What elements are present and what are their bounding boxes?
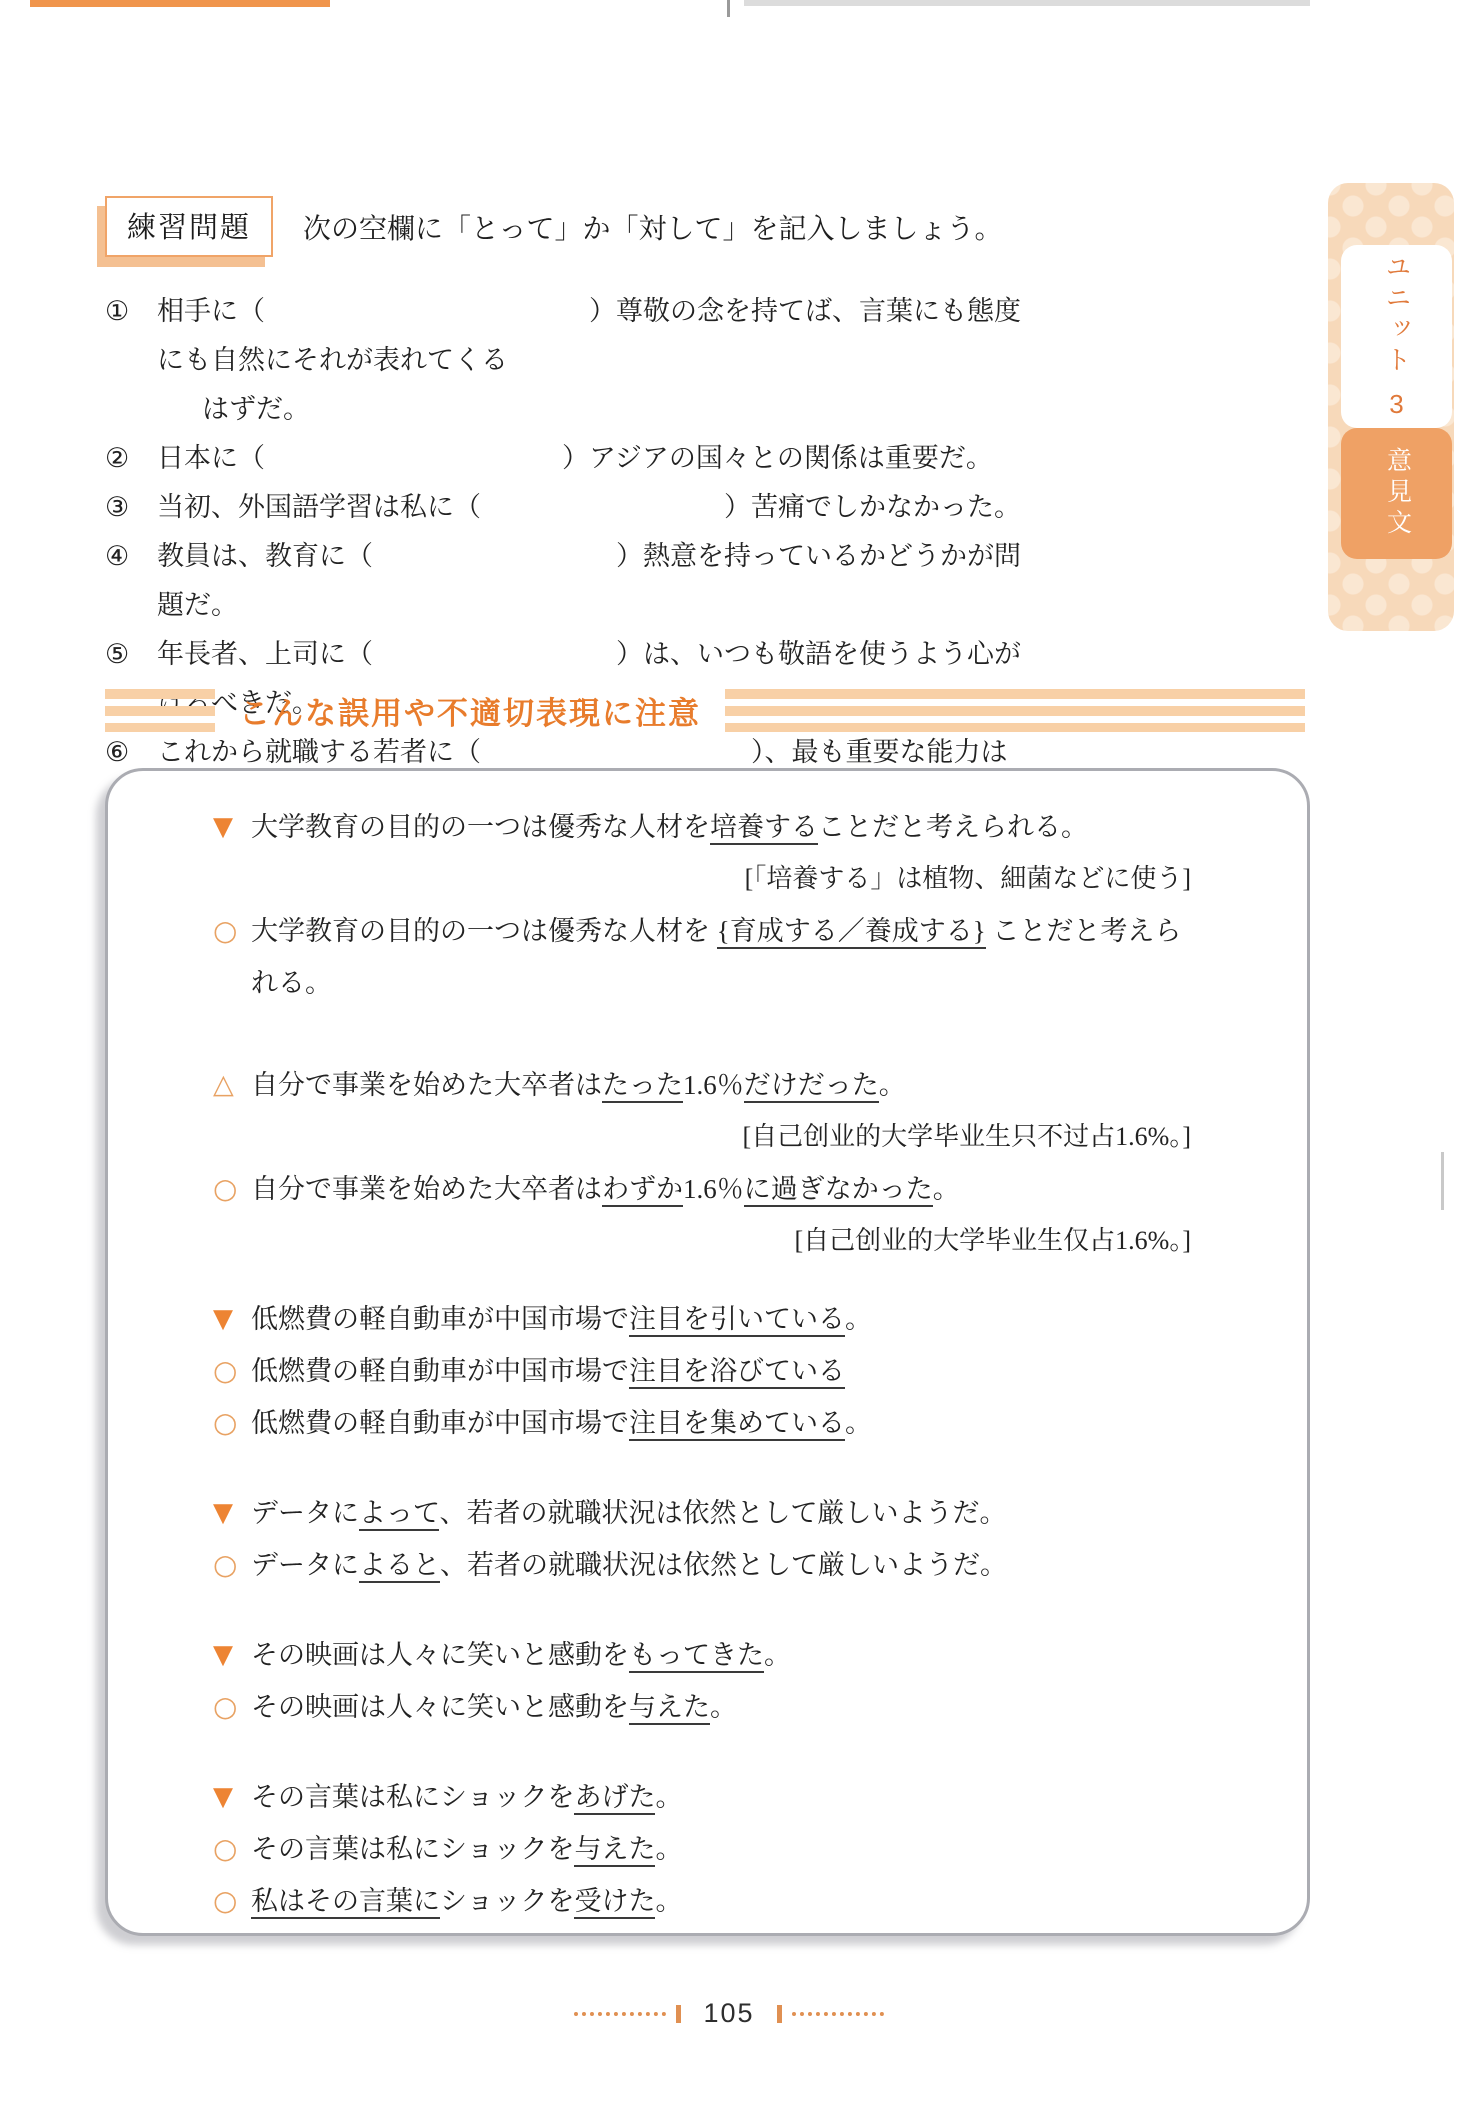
text-segment: 低燃費の軽自動車が中国市場で: [251, 1408, 629, 1438]
page-footer: 105: [0, 1998, 1458, 2029]
underlined-segment: 注目を引いている: [629, 1304, 845, 1337]
underlined-segment: たった: [602, 1070, 683, 1103]
text-segment: ことだと考えられる。: [818, 812, 1088, 842]
text-segment: 低燃費の軽自動車が中国市場で: [251, 1356, 629, 1386]
example-row: ○低燃費の軽自動車が中国市場で注目を浴びている: [213, 1345, 1249, 1397]
example-text: 私はその言葉にショックを受けた。: [251, 1875, 1249, 1927]
text-segment: 大学教育の目的の一つは優秀な人材を: [251, 812, 710, 842]
example-text: 自分で事業を始めた大卒者はわずか1.6％に過ぎなかった。: [251, 1163, 1249, 1215]
example-text: 低燃費の軽自動車が中国市場で注目を集めている。: [251, 1397, 1249, 1449]
example-row: ▼データによって、若者の就職状況は依然として厳しいようだ。: [213, 1487, 1249, 1539]
caution-heading: こんな誤用や不適切表現に注意: [215, 688, 725, 733]
ok-marker-icon: ○: [213, 1681, 251, 1733]
underlined-segment: 培養する: [710, 812, 818, 845]
example-group: △自分で事業を始めた大卒者はたった1.6％だけだった。[自己创业的大学毕业生只不…: [213, 1059, 1249, 1267]
dotted-rule-left: [574, 2012, 666, 2016]
underlined-segment: もってきた: [629, 1640, 764, 1673]
unit-label: ユニット: [1378, 253, 1415, 377]
text-segment: データに: [251, 1550, 359, 1580]
caution-section-header: こんな誤用や不適切表現に注意: [105, 688, 1305, 733]
example-row: ○大学教育の目的の一つは優秀な人材を {育成する／養成する} ことだと考えら: [213, 905, 1249, 957]
example-row: ○私はその言葉にショックを受けた。: [213, 1875, 1249, 1927]
text-segment: 。: [655, 1886, 682, 1916]
text-segment: 。: [845, 1304, 872, 1334]
unit-number: 3: [1389, 389, 1403, 420]
text-segment: 自分で事業を始めた大卒者は: [251, 1174, 602, 1204]
exercise-item: ②日本に（ ）アジアの国々との関係は重要だ。: [105, 434, 1025, 483]
exercise-number: ②: [105, 434, 147, 483]
weak-marker-icon: △: [213, 1059, 251, 1111]
example-text: データによって、若者の就職状況は依然として厳しいようだ。: [251, 1487, 1249, 1539]
text-segment: 。: [933, 1174, 960, 1204]
example-text: その言葉は私にショックを与えた。: [251, 1823, 1249, 1875]
example-row: ▼低燃費の軽自動車が中国市場で注目を引いている。: [213, 1293, 1249, 1345]
tick-bar-left: [676, 2005, 681, 2023]
example-row: ▼その言葉は私にショックをあげた。: [213, 1771, 1249, 1823]
ok-marker-icon: ○: [213, 1539, 251, 1591]
ok-marker-icon: ○: [213, 1875, 251, 1927]
practice-instruction: 次の空欄に「とって」か「対して」を記入しましょう。: [303, 207, 1002, 247]
example-row: ○データによると、若者の就職状況は依然として厳しいようだ。: [213, 1539, 1249, 1591]
text-segment: その映画は人々に笑いと感動を: [251, 1692, 629, 1722]
exercise-line: 相手に（ ）尊敬の念を持てば、言葉にも態度にも自然にそれが表れてくる: [157, 287, 1025, 385]
exercise-item: ③当初、外国語学習は私に（ ）苦痛でしかなかった。: [105, 483, 1025, 532]
underlined-segment: に過ぎなかった: [744, 1174, 933, 1207]
ok-marker-icon: ○: [213, 1345, 251, 1397]
underlined-segment: 与えた: [629, 1692, 710, 1725]
example-group: ▼その言葉は私にショックをあげた。○その言葉は私にショックを与えた。○私はその言…: [213, 1771, 1249, 1927]
exercise-line: 教員は、教育に（ ）熱意を持っているかどうかが問題だ。: [157, 532, 1025, 630]
example-row: ▼その映画は人々に笑いと感動をもってきた。: [213, 1629, 1249, 1681]
example-group: ▼大学教育の目的の一つは優秀な人材を培養することだと考えられる。[「培養する」は…: [213, 801, 1249, 1009]
example-row: ○その言葉は私にショックを与えた。: [213, 1823, 1249, 1875]
dotted-rule-right: [792, 2012, 884, 2016]
text-segment: 、若者の就職状況は依然として厳しいようだ。: [440, 1550, 1007, 1580]
underlined-segment: 注目を浴びている: [629, 1356, 845, 1389]
ok-marker-icon: ○: [213, 1397, 251, 1449]
exercise-item: ①相手に（ ）尊敬の念を持てば、言葉にも態度にも自然にそれが表れてくるはずだ。: [105, 287, 1025, 434]
text-segment: データに: [251, 1498, 359, 1528]
exercise-text: 日本に（ ）アジアの国々との関係は重要だ。: [157, 434, 993, 483]
underlined-segment: 注目を集めている: [629, 1408, 845, 1441]
example-text: 自分で事業を始めた大卒者はたった1.6％だけだった。: [251, 1059, 1249, 1111]
exercise-text: 相手に（ ）尊敬の念を持てば、言葉にも態度にも自然にそれが表れてくるはずだ。: [157, 287, 1025, 434]
example-row: △自分で事業を始めた大卒者はたった1.6％だけだった。: [213, 1059, 1249, 1111]
example-group: ▼その映画は人々に笑いと感動をもってきた。○その映画は人々に笑いと感動を与えた。: [213, 1629, 1249, 1733]
exercise-line: 日本に（ ）アジアの国々との関係は重要だ。: [157, 434, 993, 483]
underlined-segment: 与えた: [574, 1834, 655, 1867]
continuation-line: れる。: [213, 957, 1249, 1009]
example-text: 大学教育の目的の一つは優秀な人材を培養することだと考えられる。: [251, 801, 1249, 853]
exercise-line: 当初、外国語学習は私に（ ）苦痛でしかなかった。: [157, 483, 1021, 532]
top-edge-gray-bar: [744, 0, 1310, 6]
wrong-marker-icon: ▼: [213, 1487, 251, 1539]
tick-bar-right: [777, 2005, 782, 2023]
textbook-page: 練習問題 次の空欄に「とって」か「対して」を記入しましょう。 ①相手に（ ）尊敬…: [0, 0, 1458, 2109]
text-segment: ことだと考えら: [986, 916, 1182, 946]
example-row: ○その映画は人々に笑いと感動を与えた。: [213, 1681, 1249, 1733]
exercise-number: ①: [105, 287, 147, 434]
ok-marker-icon: ○: [213, 1823, 251, 1875]
unit-tab-orange-area: 意見文: [1341, 428, 1452, 559]
wrong-marker-icon: ▼: [213, 1629, 251, 1681]
example-text: 低燃費の軽自動車が中国市場で注目を浴びている: [251, 1345, 1249, 1397]
text-segment: 1.6％: [683, 1070, 744, 1100]
text-segment: 、若者の就職状況は依然として厳しいようだ。: [439, 1498, 1006, 1528]
text-segment: 。: [845, 1408, 872, 1438]
top-center-tick: [727, 0, 730, 17]
text-segment: 自分で事業を始めた大卒者は: [251, 1070, 602, 1100]
exercise-line: はずだ。: [157, 385, 1025, 434]
underlined-segment: わずか: [602, 1174, 683, 1207]
text-segment: その言葉は私にショックを: [251, 1782, 574, 1812]
text-segment: その映画は人々に笑いと感動を: [251, 1640, 629, 1670]
example-row: ○自分で事業を始めた大卒者はわずか1.6％に過ぎなかった。: [213, 1163, 1249, 1215]
wrong-marker-icon: ▼: [213, 1293, 251, 1345]
unit-tab-white-area: ユニット 3: [1341, 245, 1452, 428]
unit-title: 意見文: [1379, 447, 1415, 540]
usage-note: [自己创业的大学毕业生只不过占1.6%。]: [213, 1111, 1249, 1163]
exercise-number: ③: [105, 483, 147, 532]
example-row: ○低燃費の軽自動車が中国市場で注目を集めている。: [213, 1397, 1249, 1449]
example-text: その映画は人々に笑いと感動を与えた。: [251, 1681, 1249, 1733]
text-segment: 低燃費の軽自動車が中国市場で: [251, 1304, 629, 1334]
practice-header: 練習問題 次の空欄に「とって」か「対して」を記入しましょう。: [105, 196, 1025, 257]
text-segment: 。: [655, 1782, 682, 1812]
example-group: ▼データによって、若者の就職状況は依然として厳しいようだ。○データによると、若者…: [213, 1487, 1249, 1591]
stripes-left-decoration: [105, 689, 215, 732]
underlined-segment: よって: [359, 1498, 439, 1531]
text-segment: 。: [764, 1640, 791, 1670]
underlined-segment: あげた: [574, 1782, 655, 1815]
text-segment: 。: [655, 1834, 682, 1864]
exercise-list: ①相手に（ ）尊敬の念を持てば、言葉にも態度にも自然にそれが表れてくるはずだ。②…: [105, 287, 1025, 826]
page-number: 105: [691, 1998, 766, 2029]
text-segment: その言葉は私にショックを: [251, 1834, 574, 1864]
usage-note: [「培養する」は植物、細菌などに使う]: [213, 853, 1249, 905]
exercise-text: 教員は、教育に（ ）熱意を持っているかどうかが問題だ。: [157, 532, 1025, 630]
wrong-marker-icon: ▼: [213, 1771, 251, 1823]
exercise-number: ④: [105, 532, 147, 630]
underlined-segment: よると: [359, 1550, 440, 1583]
text-segment: 1.6％: [683, 1174, 744, 1204]
usage-note: [自己创业的大学毕业生仅占1.6%。]: [213, 1215, 1249, 1267]
example-text: 低燃費の軽自動車が中国市場で注目を引いている。: [251, 1293, 1249, 1345]
underlined-segment: 受けた: [574, 1886, 655, 1919]
right-edge-mark: [1441, 1152, 1444, 1210]
exercise-text: 当初、外国語学習は私に（ ）苦痛でしかなかった。: [157, 483, 1021, 532]
underlined-segment: {育成する／養成する}: [717, 916, 986, 949]
top-edge-orange-bar: [30, 0, 330, 7]
text-segment: 。: [710, 1692, 737, 1722]
text-segment: ショックを: [440, 1886, 574, 1916]
example-group: ▼低燃費の軽自動車が中国市場で注目を引いている。○低燃費の軽自動車が中国市場で注…: [213, 1293, 1249, 1449]
caution-box: ▼大学教育の目的の一つは優秀な人材を培養することだと考えられる。[「培養する」は…: [105, 768, 1310, 1936]
underlined-segment: 私はその言葉に: [251, 1886, 440, 1919]
practice-label-box: 練習問題: [105, 196, 273, 257]
stripes-right-decoration: [725, 689, 1305, 732]
text-segment: 大学教育の目的の一つは優秀な人材を: [251, 916, 717, 946]
example-row: ▼大学教育の目的の一つは優秀な人材を培養することだと考えられる。: [213, 801, 1249, 853]
example-text: 大学教育の目的の一つは優秀な人材を {育成する／養成する} ことだと考えら: [251, 905, 1249, 957]
ok-marker-icon: ○: [213, 905, 251, 957]
text-segment: 。: [879, 1070, 906, 1100]
example-text: データによると、若者の就職状況は依然として厳しいようだ。: [251, 1539, 1249, 1591]
caution-groups: ▼大学教育の目的の一つは優秀な人材を培養することだと考えられる。[「培養する」は…: [213, 801, 1249, 1927]
unit-tab: ユニット 3 意見文: [1328, 183, 1454, 631]
ok-marker-icon: ○: [213, 1163, 251, 1215]
exercise-item: ④教員は、教育に（ ）熱意を持っているかどうかが問題だ。: [105, 532, 1025, 630]
underlined-segment: だけだった: [744, 1070, 879, 1103]
example-text: その映画は人々に笑いと感動をもってきた。: [251, 1629, 1249, 1681]
example-text: その言葉は私にショックをあげた。: [251, 1771, 1249, 1823]
wrong-marker-icon: ▼: [213, 801, 251, 853]
